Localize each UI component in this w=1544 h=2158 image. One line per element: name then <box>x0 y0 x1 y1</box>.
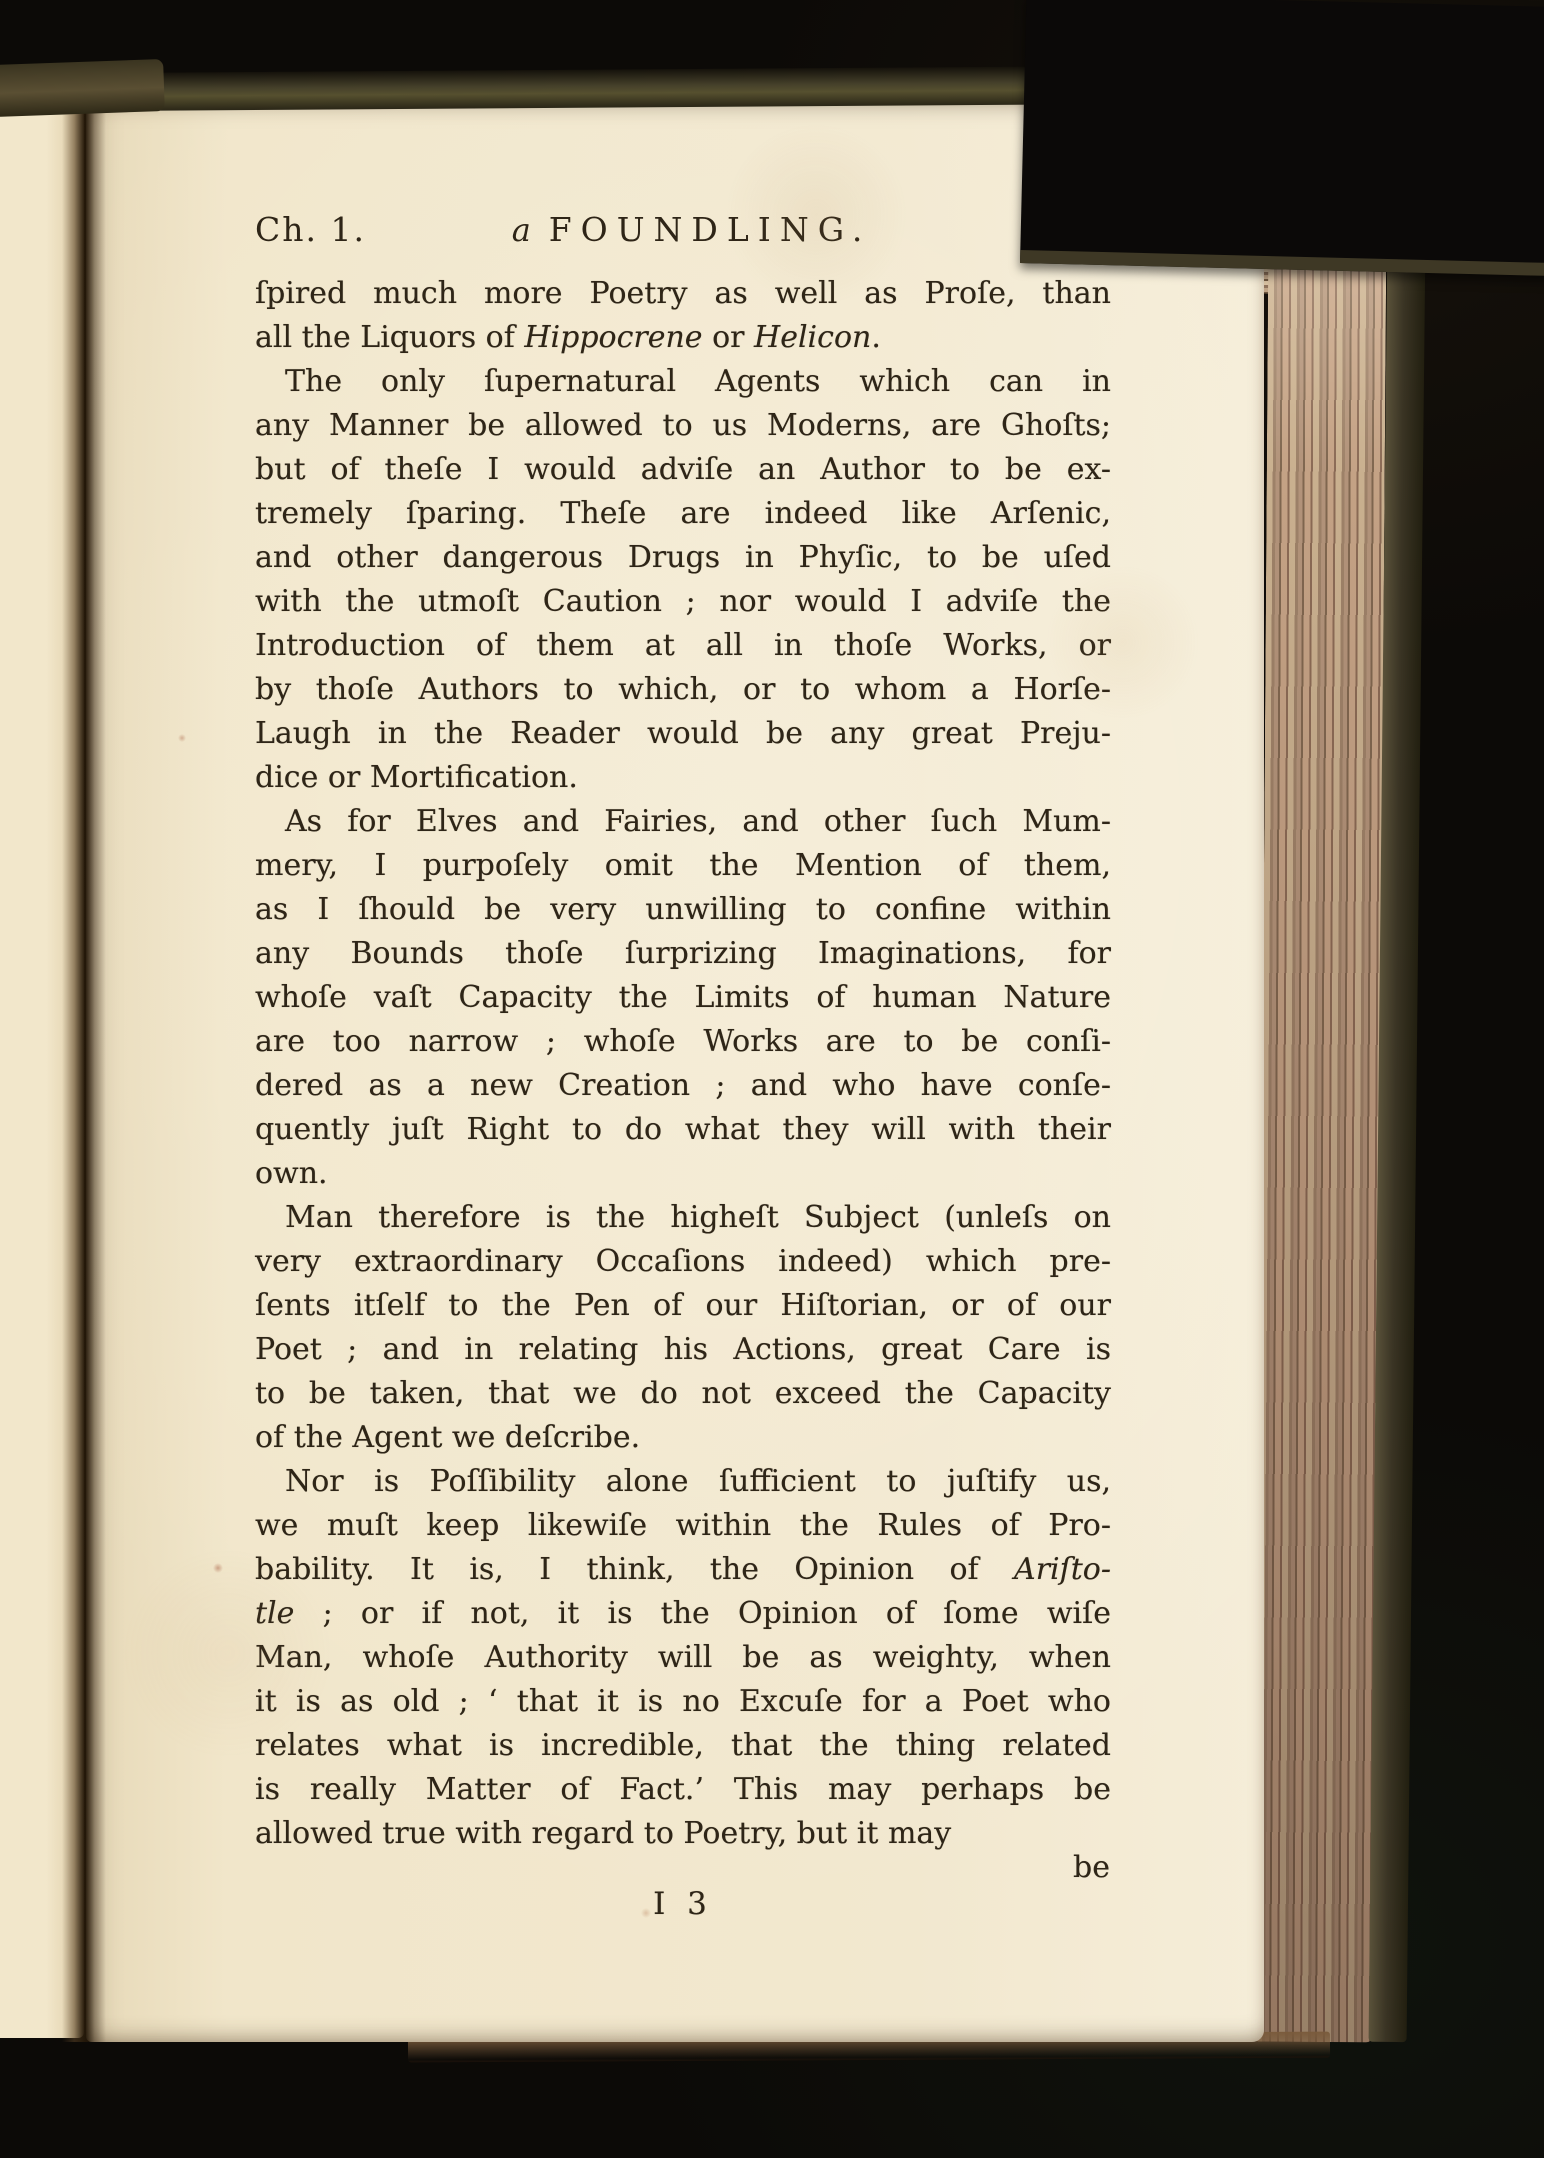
text-line: it is as old ; ‘ that it is no Excuſe fo… <box>255 1680 1111 1724</box>
text-line: Laugh in the Reader would be any great P… <box>255 712 1111 756</box>
text-line: but of theſe I would adviſe an Author to… <box>255 448 1111 492</box>
fore-edge-pages <box>1256 262 1386 2043</box>
text-line: relates what is incredible, that the thi… <box>255 1724 1111 1768</box>
text-line: tremely ſparing. Theſe are indeed like A… <box>255 492 1111 536</box>
text-line: tle ; or if not, it is the Opinion of ſo… <box>255 1592 1111 1636</box>
running-title-main: FOUNDLING. <box>549 210 872 249</box>
text-line: with the utmoſt Caution ; nor would I ad… <box>255 580 1111 624</box>
catchword: be <box>1073 1850 1110 1885</box>
text-line: own. <box>255 1152 1111 1196</box>
text-line: mery, I purpoſely omit the Mention of th… <box>255 844 1111 888</box>
running-title: aFOUNDLING. <box>512 210 872 249</box>
chapter-label: Ch. 1. <box>255 210 366 249</box>
text-line: Nor is Poſſibility alone ſufficient to j… <box>255 1460 1111 1504</box>
text-line: are too narrow ; whoſe Works are to be c… <box>255 1020 1111 1064</box>
text-line: Man therefore is the higheſt Subject (un… <box>255 1196 1111 1240</box>
text-line: dice or Mortification. <box>255 756 1111 800</box>
text-line: bability. It is, I think, the Opinion of… <box>255 1548 1111 1592</box>
text-line: whoſe vaſt Capacity the Limits of human … <box>255 976 1111 1020</box>
text-line: quently juſt Right to do what they will … <box>255 1108 1111 1152</box>
book-cover-top-left-corner <box>0 59 165 117</box>
text-line: very extraordinary Occaſions indeed) whi… <box>255 1240 1111 1284</box>
text-line: of the Agent we deſcribe. <box>255 1416 1111 1460</box>
book-cover-top-right-corner <box>1020 0 1544 276</box>
text-line: dered as a new Creation ; and who have c… <box>255 1064 1111 1108</box>
text-line: The only ſupernatural Agents which can i… <box>255 360 1111 404</box>
page-header: Ch. 1. aFOUNDLING. 173 <box>255 210 1111 262</box>
facing-page-edge <box>0 86 84 2038</box>
text-block: ſpired much more Poetry as well as Proſe… <box>255 272 1111 1856</box>
book-page: Ch. 1. aFOUNDLING. 173 ſpired much more … <box>86 98 1264 2042</box>
running-title-article: a <box>512 211 531 249</box>
text-line: and other dangerous Drugs in Phyſic, to … <box>255 536 1111 580</box>
text-line: by thoſe Authors to which, or to whom a … <box>255 668 1111 712</box>
text-line: ſpired much more Poetry as well as Proſe… <box>255 272 1111 316</box>
text-line: As for Elves and Fairies, and other ſuch… <box>255 800 1111 844</box>
text-line: Man, whoſe Authority will be as weighty,… <box>255 1636 1111 1680</box>
text-line: any Manner be allowed to us Moderns, are… <box>255 404 1111 448</box>
book-cover-top-edge <box>0 66 1102 112</box>
text-line: as I ſhould be very unwilling to confine… <box>255 888 1111 932</box>
text-line: all the Liquors of Hippocrene or Helicon… <box>255 316 1111 360</box>
text-line: ſents itſelf to the Pen of our Hiſtorian… <box>255 1284 1111 1328</box>
text-line: to be taken, that we do not exceed the C… <box>255 1372 1111 1416</box>
text-line: allowed true with regard to Poetry, but … <box>255 1812 1111 1856</box>
text-line: we muſt keep likewiſe within the Rules o… <box>255 1504 1111 1548</box>
text-line: Introduction of them at all in thoſe Wor… <box>255 624 1111 668</box>
text-line: is really Matter of Fact.’ This may perh… <box>255 1768 1111 1812</box>
book-photo: Ch. 1. aFOUNDLING. 173 ſpired much more … <box>0 0 1544 2158</box>
text-line: any Bounds thoſe ſurprizing Imaginations… <box>255 932 1111 976</box>
signature-mark: I 3 <box>255 1886 1111 1922</box>
text-line: Poet ; and in relating his Actions, grea… <box>255 1328 1111 1372</box>
